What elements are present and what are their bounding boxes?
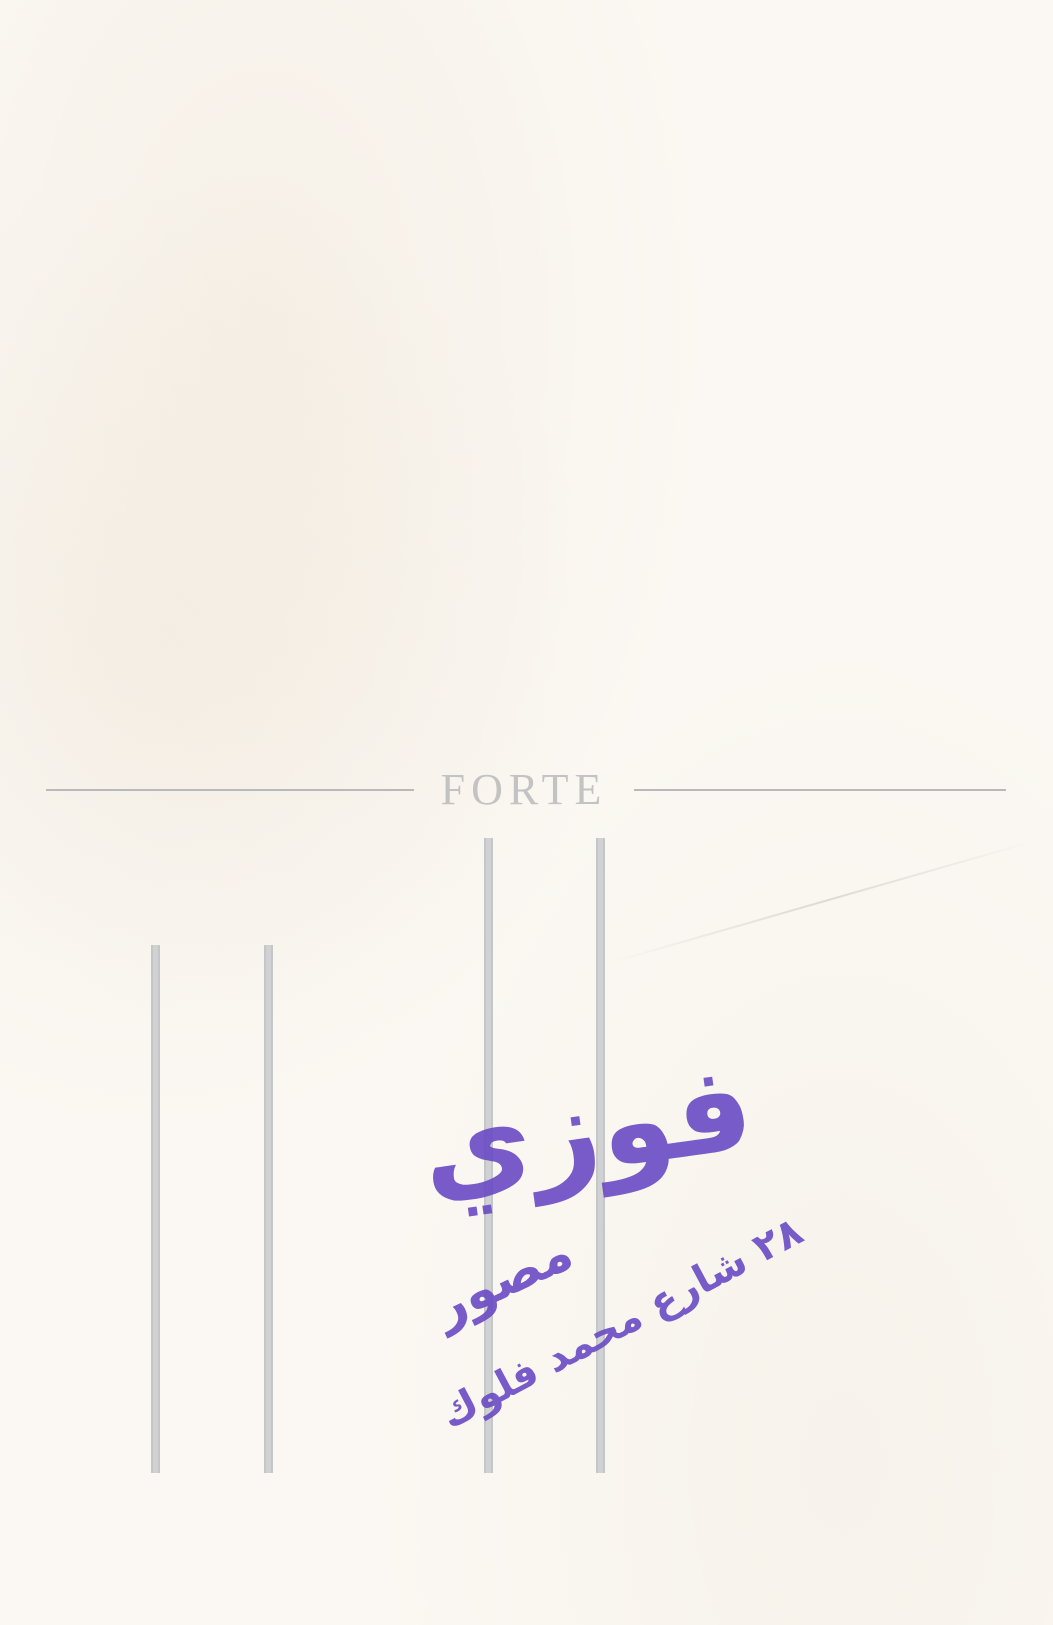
header-rule-right [634, 789, 1006, 791]
postcard-back: FORTE فوزي مصور ٢٨ شارع محمد فلوك [0, 0, 1053, 1625]
brand-label: FORTE [414, 764, 634, 815]
address-line-1 [151, 945, 160, 1473]
paper-crease [608, 838, 1041, 964]
address-line-2 [264, 945, 273, 1473]
header-rule-left [46, 789, 414, 791]
stamp-photographer-name: فوزي [412, 1038, 761, 1222]
stamp-photographer-role: مصور [424, 1222, 582, 1338]
